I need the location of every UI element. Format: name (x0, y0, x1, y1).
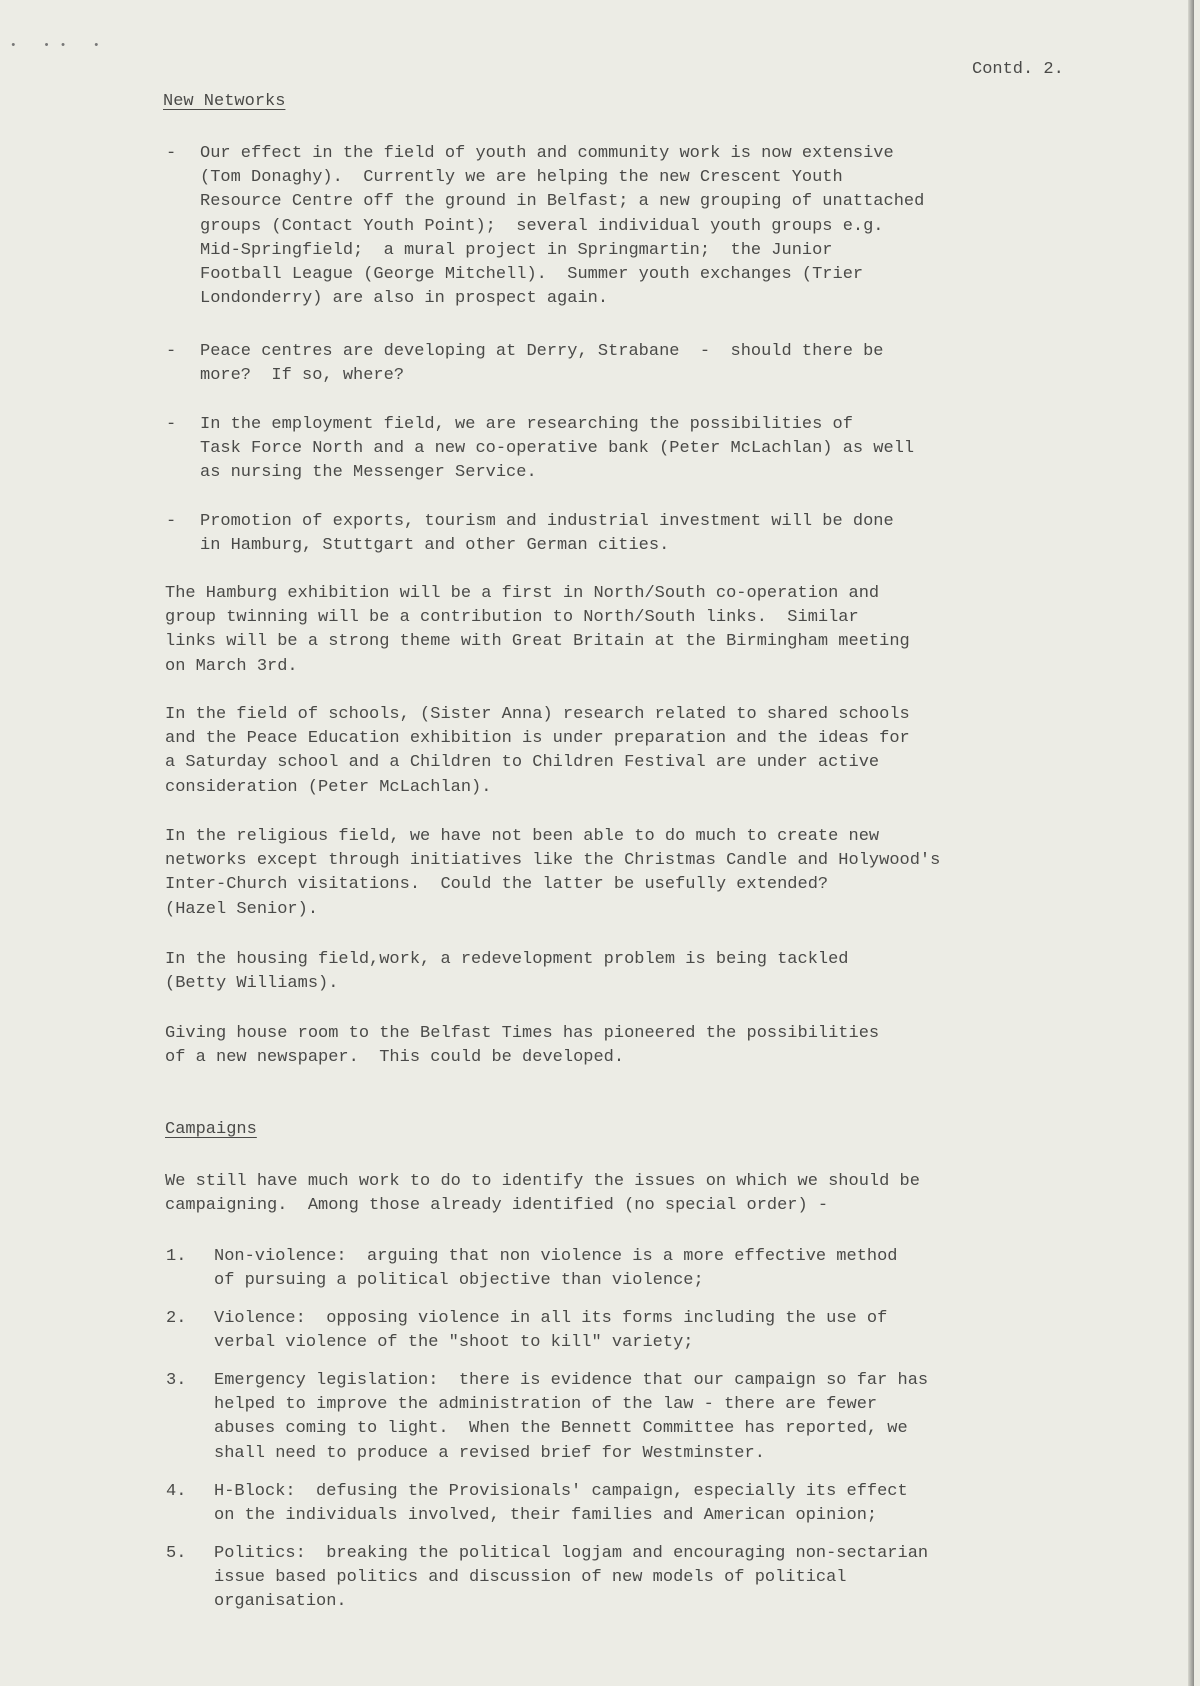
paragraph-housing: In the housing field,work, a redevelopme… (165, 948, 849, 996)
campaign-item-emergency-legislation: Emergency legislation: there is evidence… (214, 1369, 928, 1466)
bullet-youth-work: Our effect in the field of youth and com… (200, 142, 924, 311)
bullet-peace-centres: Peace centres are developing at Derry, S… (200, 340, 884, 388)
item-number: 1. (166, 1245, 186, 1269)
item-number: 5. (166, 1542, 186, 1566)
heading-new-networks: New Networks (163, 92, 285, 111)
campaign-item-violence: Violence: opposing violence in all its f… (214, 1307, 887, 1355)
campaign-item-politics: Politics: breaking the political logjam … (214, 1542, 928, 1615)
page-edge-shadow (1188, 0, 1194, 1686)
item-number: 3. (166, 1369, 186, 1393)
corner-marks: • •• • (10, 40, 110, 52)
paragraph-hamburg: The Hamburg exhibition will be a first i… (165, 582, 910, 679)
bullet-marker: - (166, 510, 176, 534)
bullet-marker: - (166, 340, 176, 364)
paragraph-schools: In the field of schools, (Sister Anna) r… (165, 703, 910, 800)
paragraph-religious: In the religious field, we have not been… (165, 825, 940, 922)
bullet-marker: - (166, 142, 176, 166)
document-page: • •• • Contd. 2. New Networks - Our effe… (0, 0, 1194, 1686)
paragraph-belfast-times: Giving house room to the Belfast Times h… (165, 1022, 879, 1070)
heading-campaigns: Campaigns (165, 1120, 257, 1139)
campaign-item-non-violence: Non-violence: arguing that non violence … (214, 1245, 898, 1293)
page-marker: Contd. 2. (972, 60, 1064, 79)
item-number: 4. (166, 1480, 186, 1504)
campaigns-intro: We still have much work to do to identif… (165, 1170, 920, 1218)
campaign-item-h-block: H-Block: defusing the Provisionals' camp… (214, 1480, 908, 1528)
bullet-employment: In the employment field, we are research… (200, 413, 914, 486)
item-number: 2. (166, 1307, 186, 1331)
bullet-promotion: Promotion of exports, tourism and indust… (200, 510, 894, 558)
bullet-marker: - (166, 413, 176, 437)
